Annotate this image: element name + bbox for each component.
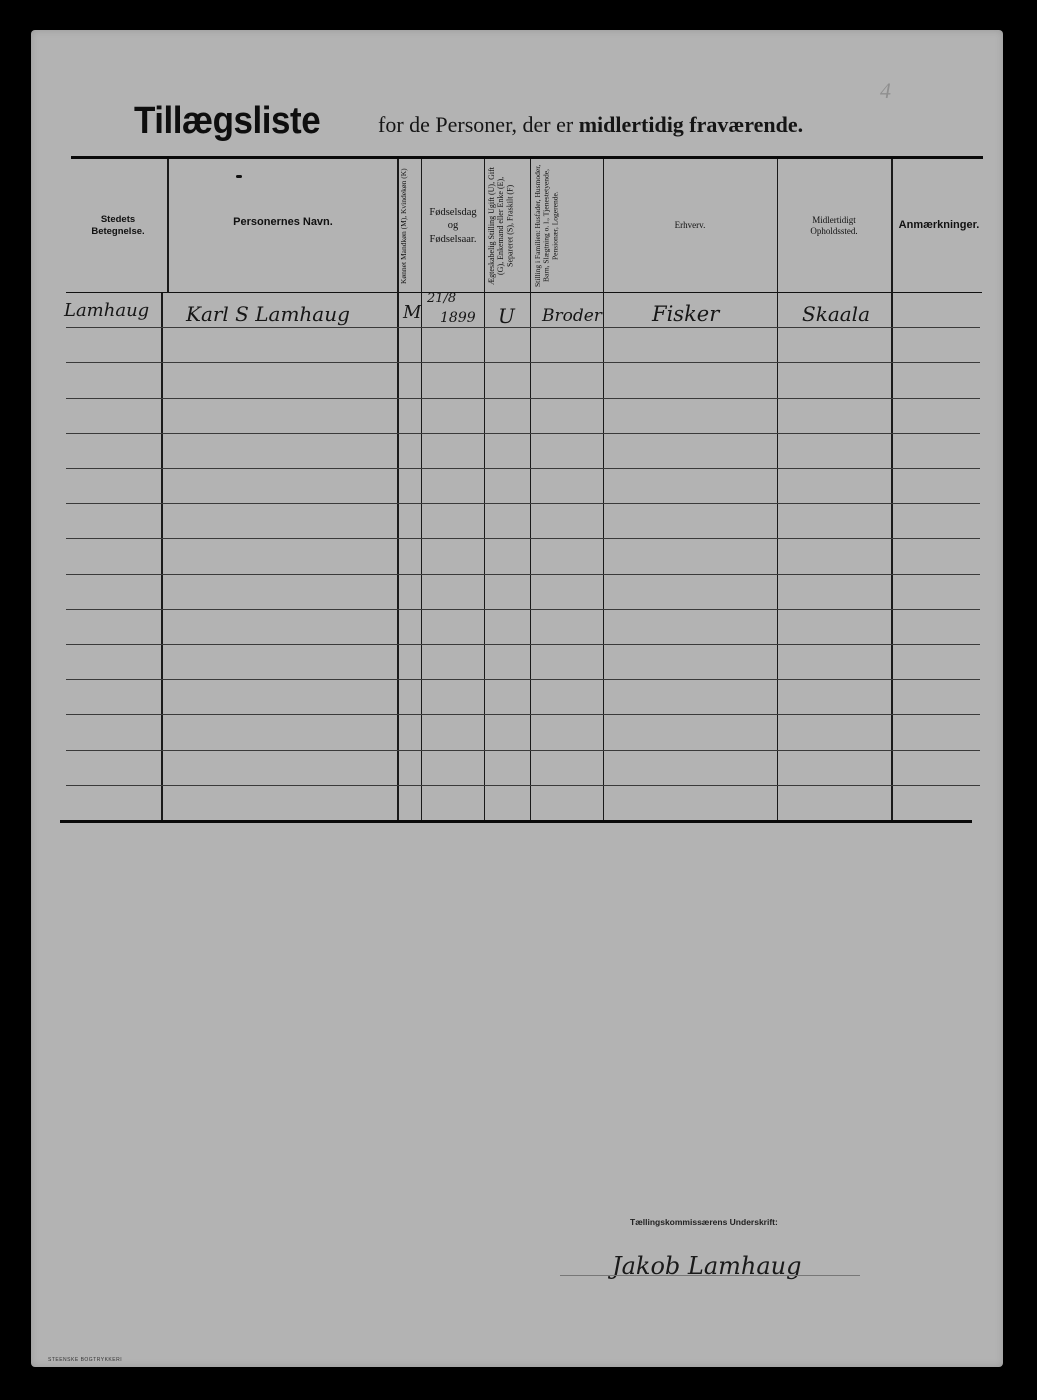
cell-fodselsaar: 1899 bbox=[440, 310, 476, 326]
col-divider bbox=[530, 159, 531, 820]
cell-stilling-familien: Broder bbox=[542, 306, 602, 326]
row-divider bbox=[66, 714, 980, 715]
row-divider bbox=[66, 609, 980, 610]
signature-label: Tællingskommissærens Underskrift: bbox=[630, 1217, 778, 1227]
row-divider bbox=[66, 327, 980, 328]
form-title: Tillægsliste for de Personer, der er mid… bbox=[134, 100, 336, 143]
row-divider bbox=[66, 644, 980, 645]
row-divider bbox=[66, 750, 980, 751]
row-divider bbox=[66, 679, 980, 680]
header-stedets-betegnelse: StedetsBetegnelse. bbox=[70, 160, 166, 292]
title-subtitle: for de Personer, der er midlertidig frav… bbox=[378, 112, 803, 138]
header-stilling-i-familien: Stilling i Familien: Husfader, Husmoder,… bbox=[534, 163, 600, 289]
row-divider bbox=[66, 538, 980, 539]
cell-erhverv: Fisker bbox=[652, 302, 719, 326]
header-kjonnet: Kønnet Mandkøn (M), Kvindekøn (K) bbox=[400, 165, 420, 287]
row-divider bbox=[66, 468, 980, 469]
row-divider bbox=[66, 362, 980, 363]
title-main: Tillægsliste bbox=[134, 100, 320, 143]
cell-opholdssted: Skaala bbox=[802, 302, 870, 326]
row-divider bbox=[66, 398, 980, 399]
col-divider bbox=[161, 293, 163, 820]
header-erhverv: Erhverv. bbox=[604, 160, 776, 292]
printer-imprint: STEENSKE BOGTRYKKERI bbox=[48, 1357, 122, 1363]
cell-aegteskabelig: U bbox=[498, 304, 515, 328]
header-opholdssted: MidlertidigtOpholdssted. bbox=[778, 160, 890, 292]
header-bottom-border bbox=[66, 292, 982, 293]
row-divider bbox=[66, 433, 980, 434]
table-top-border bbox=[71, 156, 983, 159]
header-aegteskabelig-stilling: Ægteskabelig Stilling Ugift (U), Gift (G… bbox=[487, 163, 529, 289]
table-bottom-border bbox=[60, 820, 972, 823]
header-anmaerkninger: Anmærkninger. bbox=[893, 160, 985, 292]
cell-stedets-betegnelse: Lamhaug bbox=[64, 300, 149, 321]
cell-fodselsdag: 21/8 bbox=[427, 291, 456, 306]
signature-line bbox=[560, 1275, 860, 1276]
row-divider bbox=[66, 785, 980, 786]
pencil-corner-mark: 4 bbox=[880, 78, 891, 104]
header-fodselsdag: FødselsdagogFødselsaar. bbox=[422, 160, 484, 292]
cell-navn: Karl S Lamhaug bbox=[186, 302, 350, 326]
col-divider bbox=[484, 159, 485, 820]
cell-kjonnet: M bbox=[403, 302, 421, 323]
header-personernes-navn: Personernes Navn. bbox=[169, 160, 397, 285]
row-divider bbox=[66, 503, 980, 504]
row-divider bbox=[66, 574, 980, 575]
